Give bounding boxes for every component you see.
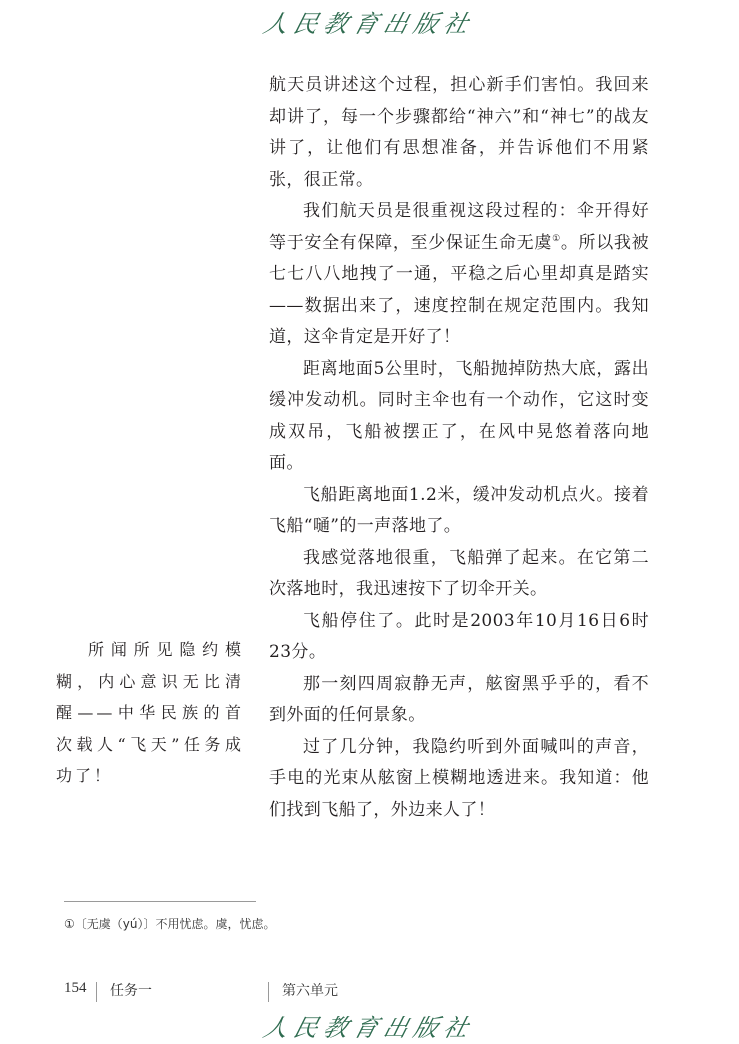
- page-footer: 154 任务一 第六单元: [0, 980, 739, 1004]
- footnote-ref-1[interactable]: ①: [552, 234, 561, 244]
- paragraph-3: 距离地面5公里时，飞船抛掉防热大底，露出缓冲发动机。同时主伞也有一个动作，它这时…: [269, 354, 649, 480]
- unit-label: 第六单元: [282, 980, 338, 1000]
- main-text-body: 航天员讲述这个过程，担心新手们害怕。我回来却讲了，每一个步骤都给“神六”和“神七…: [269, 70, 649, 826]
- footnote-1: ①〔无虞（yú）〕不用忧虑。虞，忧虑。: [64, 915, 275, 932]
- footer-divider: [268, 982, 269, 1002]
- paragraph-4: 飞船距离地面1.2米，缓冲发动机点火。接着飞船“嗵”的一声落地了。: [269, 480, 649, 543]
- paragraph-1: 航天员讲述这个过程，担心新手们害怕。我回来却讲了，每一个步骤都给“神六”和“神七…: [269, 70, 649, 196]
- publisher-logo-header: 人民教育出版社: [0, 4, 739, 39]
- page-number: 154: [64, 980, 87, 997]
- paragraph-2: 我们航天员是很重视这段过程的：伞开得好等于安全有保障，至少保证生命无虞①。所以我…: [269, 196, 649, 354]
- task-label: 任务一: [110, 980, 152, 1000]
- margin-annotation-text: 所闻所见隐约模糊，内心意识无比清醒——中华民族的首次载人“飞天”任务成功了！: [56, 634, 244, 792]
- publisher-logo-footer: 人民教育出版社: [0, 1008, 739, 1043]
- paragraph-7: 那一刻四周寂静无声，舷窗黑乎乎的，看不到外面的任何景象。: [269, 669, 649, 732]
- paragraph-6: 飞船停住了。此时是2003年10月16日6时23分。: [269, 606, 649, 669]
- footnote-divider: [64, 901, 256, 902]
- footer-divider: [96, 982, 97, 1002]
- margin-annotation: 所闻所见隐约模糊，内心意识无比清醒——中华民族的首次载人“飞天”任务成功了！: [56, 634, 244, 792]
- paragraph-5: 我感觉落地很重，飞船弹了起来。在它第二次落地时，我迅速按下了切伞开关。: [269, 543, 649, 606]
- paragraph-8: 过了几分钟，我隐约听到外面喊叫的声音，手电的光束从舷窗上模糊地透进来。我知道：他…: [269, 732, 649, 827]
